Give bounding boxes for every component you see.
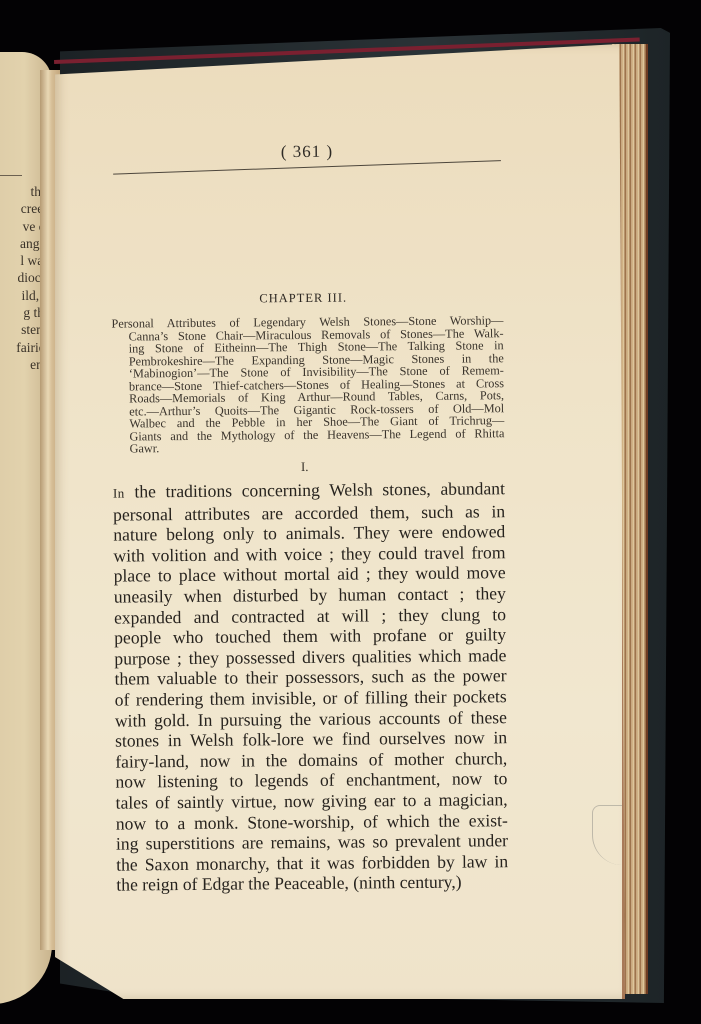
chapter-title: CHAPTER III. <box>148 290 458 308</box>
page-content: ( 361 ) CHAPTER III. Personal Attributes… <box>0 0 701 1024</box>
drop-word: In <box>113 486 125 501</box>
page-number: ( 361 ) <box>262 142 352 163</box>
book-photo: this creed ve of ange- l way diocy, ild,… <box>0 0 701 1024</box>
body-paragraph: In the traditions concerning Welsh stone… <box>113 478 509 895</box>
body-line: the reign of Edgar the Peaceable, (ninth… <box>116 871 508 895</box>
body-line: tales of saintly virtue, now giving ear … <box>116 789 508 813</box>
body-line: uneasily when disturbed by human contact… <box>114 583 506 607</box>
chapter-synopsis: Personal Attributes of Legendary Welsh S… <box>111 314 504 455</box>
section-number: I. <box>290 459 320 475</box>
header-rule <box>113 160 501 175</box>
body-line: of rendering them invisible, or of filli… <box>115 686 507 710</box>
body-line: In the traditions concerning Welsh stone… <box>113 478 505 504</box>
